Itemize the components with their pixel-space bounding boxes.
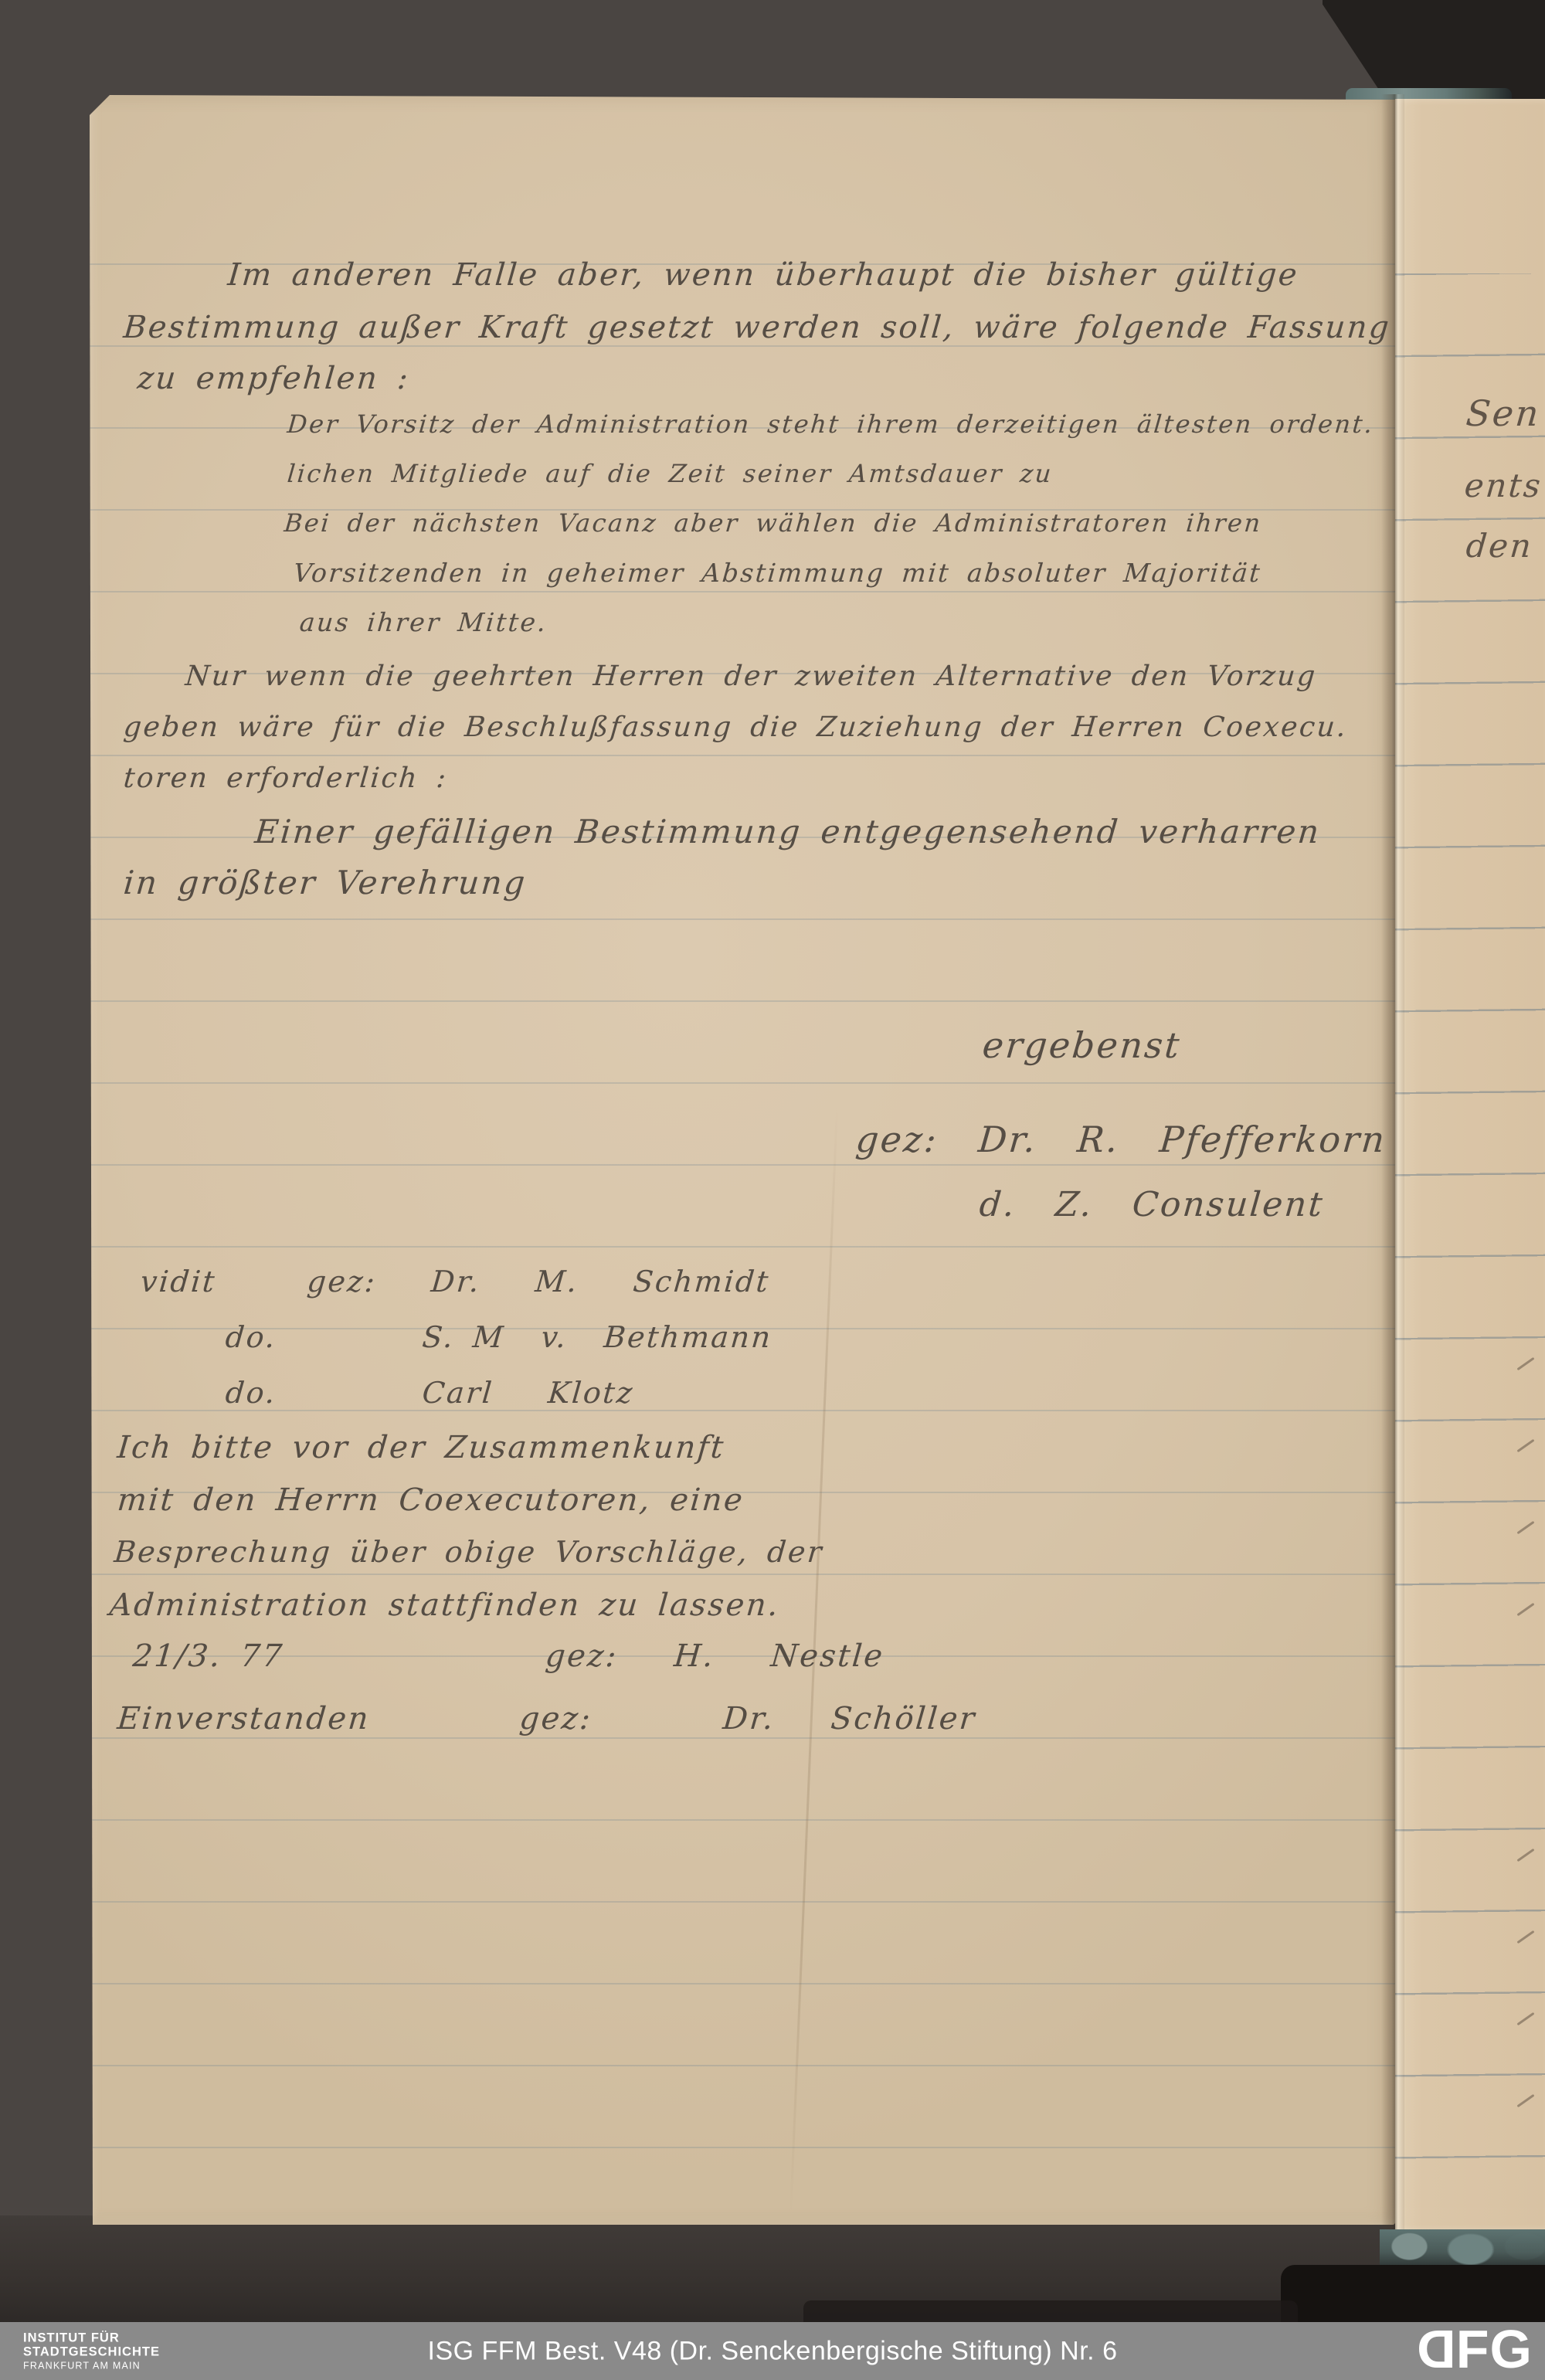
main-page — [90, 95, 1395, 2225]
footer-bar: INSTITUT FÜR STADTGESCHICHTE FRANKFURT A… — [0, 2322, 1545, 2380]
facing-page-sliver — [1395, 99, 1545, 2231]
institute-line-3: FRANKFURT AM MAIN — [23, 2361, 160, 2372]
book-cover-bottom-shadow — [803, 2300, 1298, 2324]
dfg-logo: DFG — [1416, 2317, 1533, 2379]
institute-line-1: INSTITUT FÜR — [23, 2331, 160, 2344]
institute-logo: INSTITUT FÜR STADTGESCHICHTE FRANKFURT A… — [23, 2331, 160, 2372]
scan-canvas: Im anderen Falle aber, wenn überhaupt di… — [0, 0, 1545, 2380]
dfg-letter-d: D — [1416, 2317, 1456, 2379]
ruled-lines — [90, 263, 1395, 2225]
archive-reference: ISG FFM Best. V48 (Dr. Senckenbergische … — [428, 2336, 1118, 2366]
institute-line-2: STADTGESCHICHTE — [23, 2345, 160, 2359]
ruled-lines-facing — [1395, 273, 1545, 2231]
book-cover-bottom-right — [1281, 2265, 1545, 2324]
dfg-letters-fg: FG — [1456, 2318, 1533, 2378]
gutter-shadow — [1381, 94, 1404, 2231]
